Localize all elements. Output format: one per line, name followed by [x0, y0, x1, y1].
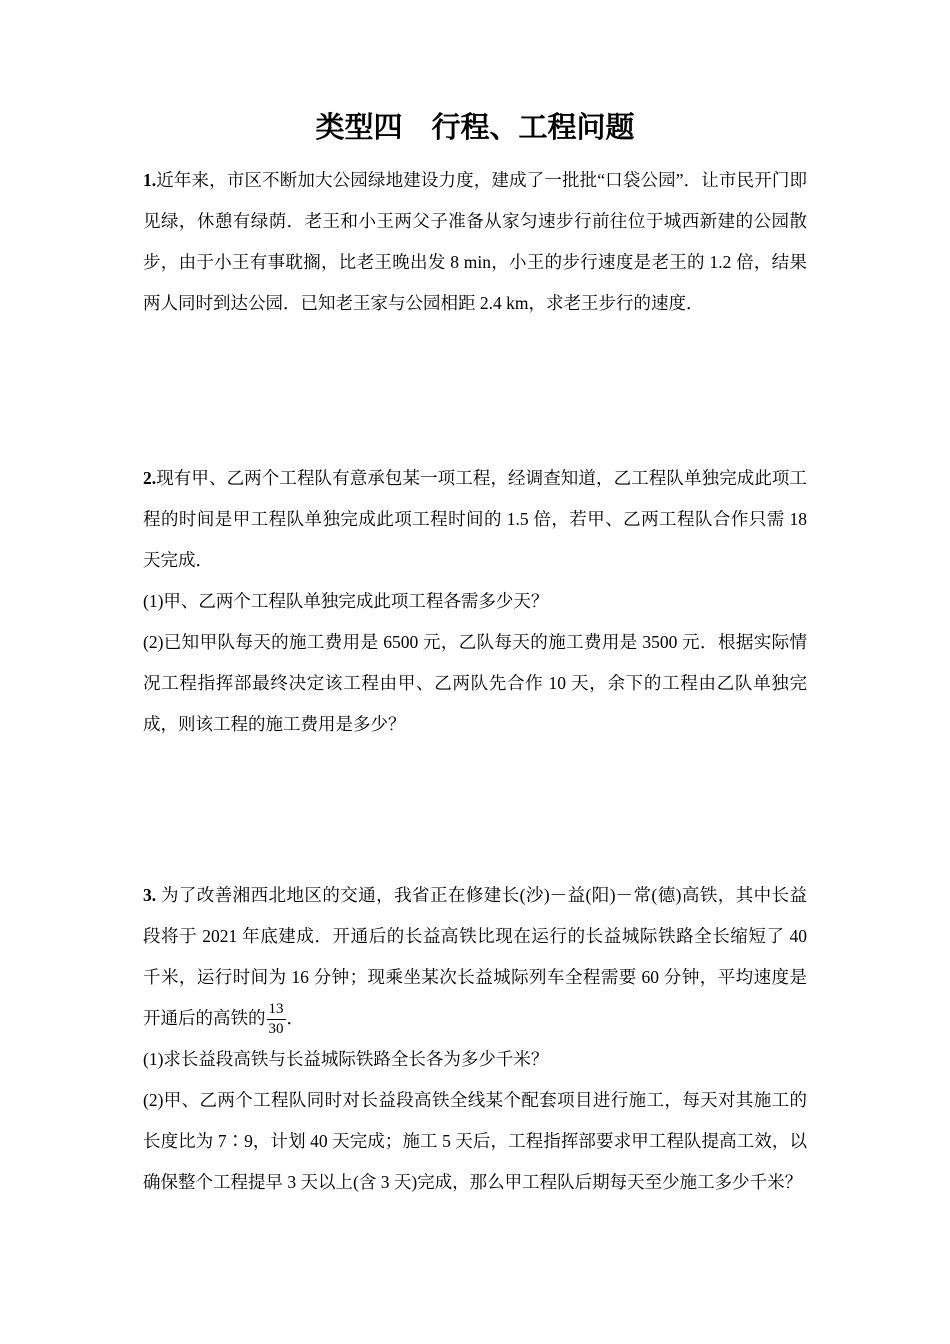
problem-3-intro-paragraph: 3. 为了改善湘西北地区的交通，我省正在修建长(沙)－益(阳)－常(德)高铁，其… [143, 875, 807, 1039]
problem-2-intro-text: 现有甲、乙两个工程队有意承包某一项工程，经调查知道，乙工程队单独完成此项工程的时… [143, 468, 807, 570]
fraction-numerator: 13 [267, 1001, 286, 1020]
problem-3-part-2: (2)甲、乙两个工程队同时对长益段高铁全线某个配套项目进行施工，每天对其施工的长… [143, 1080, 807, 1203]
fraction-13-30: 1330 [267, 1001, 286, 1039]
fraction-denominator: 30 [267, 1020, 286, 1038]
problem-1-number: 1. [143, 170, 156, 190]
problem-1: 1.近年来，市区不断加大公园绿地建设力度，建成了一批批“口袋公园”．让市民开门即… [143, 160, 807, 324]
problem-1-paragraph: 1.近年来，市区不断加大公园绿地建设力度，建成了一批批“口袋公园”．让市民开门即… [143, 160, 807, 324]
problem-2-part-1: (1)甲、乙两个工程队单独完成此项工程各需多少天？ [143, 581, 807, 622]
problem-3-intro-suffix: ． [287, 1008, 305, 1028]
problem-2: 2.现有甲、乙两个工程队有意承包某一项工程，经调查知道，乙工程队单独完成此项工程… [143, 458, 807, 745]
problem-3-number: 3. [143, 885, 161, 905]
problem-1-text: 近年来，市区不断加大公园绿地建设力度，建成了一批批“口袋公园”．让市民开门即见绿… [143, 170, 807, 313]
problem-3: 3. 为了改善湘西北地区的交通，我省正在修建长(沙)－益(阳)－常(德)高铁，其… [143, 875, 807, 1203]
page-title: 类型四 行程、工程问题 [143, 108, 807, 148]
problem-3-part-1: (1)求长益段高铁与长益城际铁路全长各为多少千米？ [143, 1039, 807, 1080]
problem-2-number: 2. [143, 468, 156, 488]
problem-2-intro-paragraph: 2.现有甲、乙两个工程队有意承包某一项工程，经调查知道，乙工程队单独完成此项工程… [143, 458, 807, 581]
worksheet-page: 类型四 行程、工程问题 1.近年来，市区不断加大公园绿地建设力度，建成了一批批“… [0, 0, 950, 1344]
problem-3-intro-text: 为了改善湘西北地区的交通，我省正在修建长(沙)－益(阳)－常(德)高铁，其中长益… [143, 885, 807, 1028]
problem-2-part-2: (2)已知甲队每天的施工费用是 6500 元，乙队每天的施工费用是 3500 元… [143, 622, 807, 745]
